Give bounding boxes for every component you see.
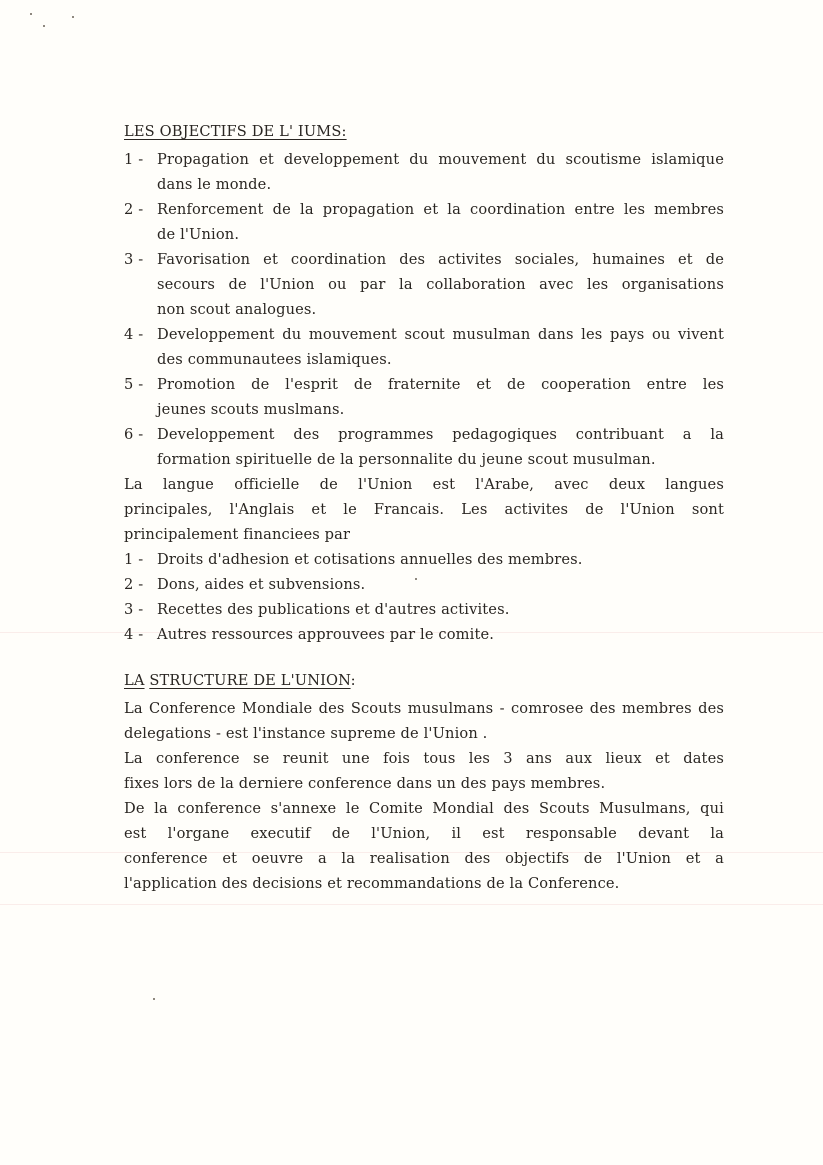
paragraph-line: La conference se reunit une fois tous le… [124,746,724,771]
structure-paragraph-1: La Conference Mondiale des Scouts musulm… [124,696,724,746]
funding-item-4: 4 - Autres ressources approuvees par le … [124,622,724,647]
objective-item-1: 1 - Propagation et developpement du mouv… [124,147,724,197]
paragraph-line: delegations - est l'instance supreme de … [124,721,724,746]
item-line: Developpement des programmes pedagogique… [157,422,724,447]
objective-item-5: 5 - Promotion de l'esprit de fraternite … [124,372,724,422]
paragraph-line: La langue officielle de l'Union est l'Ar… [124,472,724,497]
item-line: Droits d'adhesion et cotisations annuell… [157,547,724,572]
heading-text-part1: LA [124,672,145,689]
item-line: de l'Union. [157,222,724,247]
item-number: 3 - [124,247,157,272]
item-line: Recettes des publications et d'autres ac… [157,597,724,622]
structure-paragraph-3: De la conference s'annexe le Comite Mond… [124,796,724,896]
paragraph-line: principales, l'Anglais et le Francais. L… [124,497,724,522]
paragraph-line: conference et oeuvre a la realisation de… [124,846,724,871]
item-line: jeunes scouts muslmans. [157,397,724,422]
paragraph-line: principalement financiees par [124,522,724,547]
objective-item-4: 4 - Developpement du mouvement scout mus… [124,322,724,372]
paragraph-line: fixes lors de la derniere conference dan… [124,771,724,796]
scan-artifact-line [0,904,823,905]
section-heading-structure: LA STRUCTURE DE L'UNION: [124,671,724,696]
heading-text: LES OBJECTIFS DE L' IUMS: [124,123,347,140]
item-number: 2 - [124,197,157,222]
paragraph-line: l'application des decisions et recommand… [124,871,724,896]
item-number: 6 - [124,422,157,447]
objective-item-2: 2 - Renforcement de la propagation et la… [124,197,724,247]
item-line: formation spirituelle de la personnalite… [157,447,724,472]
item-line: Developpement du mouvement scout musulma… [157,322,724,347]
language-paragraph: La langue officielle de l'Union est l'Ar… [124,472,724,547]
funding-item-3: 3 - Recettes des publications et d'autre… [124,597,724,622]
heading-text-part2: STRUCTURE DE L'UNION [149,672,350,689]
item-number: 4 - [124,622,157,647]
item-line: dans le monde. [157,172,724,197]
item-number: 5 - [124,372,157,397]
item-line: Propagation et developpement du mouvemen… [157,147,724,172]
item-line: Autres ressources approuvees par le comi… [157,622,724,647]
item-line: Favorisation et coordination des activit… [157,247,724,272]
objective-item-6: 6 - Developpement des programmes pedagog… [124,422,724,472]
objective-item-3: 3 - Favorisation et coordination des act… [124,247,724,322]
paragraph-line: De la conference s'annexe le Comite Mond… [124,796,724,821]
funding-item-2: 2 - Dons, aides et subvensions. [124,572,724,597]
item-line: Promotion de l'esprit de fraternite et d… [157,372,724,397]
item-number: 1 - [124,547,157,572]
scan-speck [72,16,74,18]
document-page: LES OBJECTIFS DE L' IUMS: 1 - Propagatio… [124,122,724,896]
item-line: Dons, aides et subvensions. [157,572,724,597]
scan-speck [153,998,155,1000]
heading-colon: : [351,672,356,689]
structure-paragraph-2: La conference se reunit une fois tous le… [124,746,724,796]
scan-speck [30,13,32,15]
paragraph-line: est l'organe executif de l'Union, il est… [124,821,724,846]
item-number: 4 - [124,322,157,347]
item-line: Renforcement de la propagation et la coo… [157,197,724,222]
item-number: 1 - [124,147,157,172]
paragraph-line: La Conference Mondiale des Scouts musulm… [124,696,724,721]
funding-item-1: 1 - Droits d'adhesion et cotisations ann… [124,547,724,572]
item-line: des communautees islamiques. [157,347,724,372]
item-number: 3 - [124,597,157,622]
item-line: secours de l'Union ou par la collaborati… [157,272,724,297]
item-number: 2 - [124,572,157,597]
section-heading-objectives: LES OBJECTIFS DE L' IUMS: [124,122,724,147]
scan-speck [43,25,45,27]
item-line: non scout analogues. [157,297,724,322]
section-spacer [124,647,724,671]
